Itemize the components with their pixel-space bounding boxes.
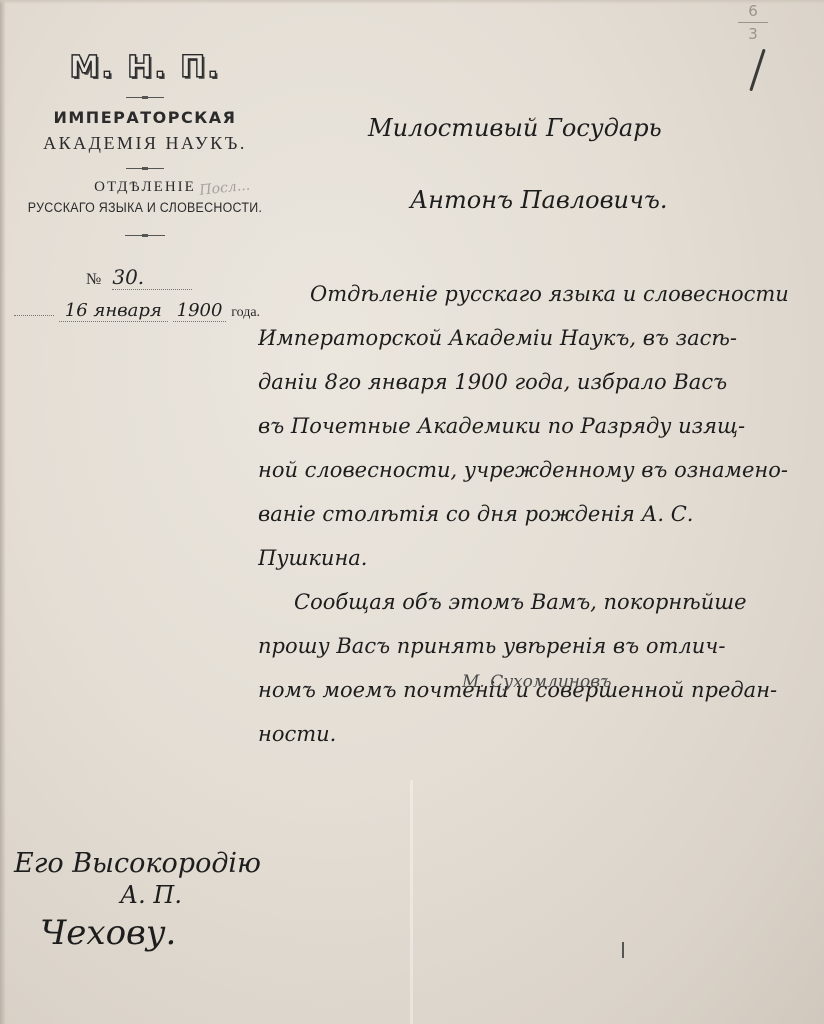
date-dots xyxy=(14,315,54,316)
date-suffix: года. xyxy=(231,305,260,320)
body-line: ваніе столѣтія со дня рожденія А. С. xyxy=(258,492,824,536)
ink-mark xyxy=(622,942,624,958)
date-year: 1900 xyxy=(173,300,227,322)
letterhead-divider xyxy=(126,97,164,98)
body-line: ной словесности, учрежденному въ ознамен… xyxy=(258,448,824,492)
paper-edge-top xyxy=(0,0,824,4)
number-label: № xyxy=(86,271,101,288)
paper-crease xyxy=(410,780,413,1024)
letter-paper: 6 3 М. Н. П. ИМПЕРАТОРСКАЯ АКАДЕМІЯ НАУК… xyxy=(0,0,824,1024)
document-date: 16 января 1900 года. xyxy=(14,300,260,322)
body-line: въ Почетные Академики по Разряду изящ- xyxy=(258,404,824,448)
archive-fraction-bar xyxy=(738,22,768,23)
addressee-line1: Его Высокородію xyxy=(14,848,261,879)
addressee-line3: Чехову. xyxy=(14,913,261,953)
salutation-line2: Антонъ Павловичъ. xyxy=(410,186,668,214)
document-number: № 30. xyxy=(86,265,192,290)
letterhead-divider xyxy=(125,235,165,236)
letterhead-ministry: М. Н. П. xyxy=(0,50,290,85)
archive-fraction-bottom: 3 xyxy=(738,25,768,43)
addressee-block: Его Высокородію А. П. Чехову. xyxy=(14,848,261,953)
body-line: ности. xyxy=(258,712,824,756)
letterhead-institution-line1: ИМПЕРАТОРСКАЯ xyxy=(0,108,290,127)
archive-sheet-number-mark xyxy=(749,49,765,92)
body-line: Отдѣленіе русскаго языка и словесности xyxy=(258,272,824,316)
body-line: Сообщая объ этомъ Вамъ, покорнѣйше xyxy=(258,580,824,624)
archive-fraction-top: 6 xyxy=(738,2,768,20)
archive-fraction-mark: 6 3 xyxy=(738,2,768,43)
number-value: 30. xyxy=(112,265,192,290)
body-line: прошу Васъ принять увѣренія въ отлич- xyxy=(258,624,824,668)
body-line: Пушкина. xyxy=(258,536,824,580)
letterhead-divider xyxy=(126,168,164,169)
addressee-line2: А. П. xyxy=(14,881,261,909)
date-day-month: 16 января xyxy=(59,300,168,322)
body-line: даніи 8го января 1900 года, избрало Васъ xyxy=(258,360,824,404)
salutation-line1: Милостивый Государь xyxy=(368,114,662,142)
signature: М. Сухомлиновъ xyxy=(462,672,611,692)
body-line: Императорской Академіи Наукъ, въ засѣ- xyxy=(258,316,824,360)
letterhead-institution-line2: АКАДЕМІЯ НАУКЪ. xyxy=(0,133,290,154)
